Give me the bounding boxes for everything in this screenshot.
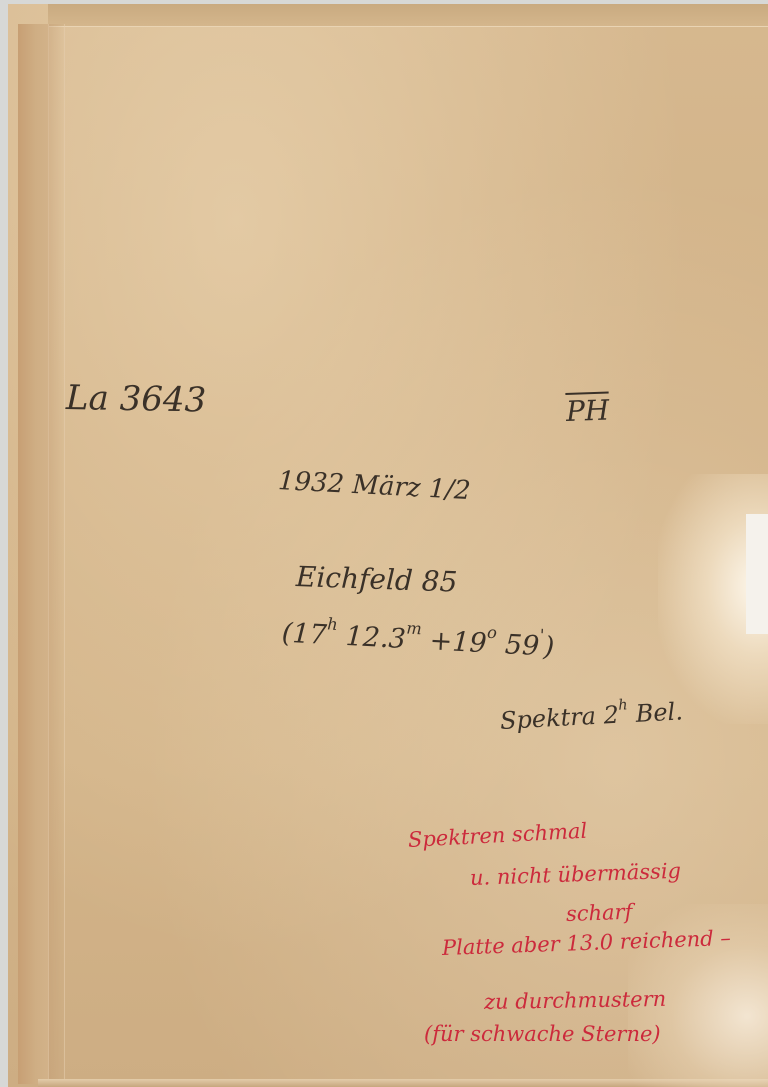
field-name: Eichfeld 85 bbox=[295, 560, 458, 599]
coord-close-paren: ) bbox=[543, 631, 555, 663]
ra-hours: 17 bbox=[292, 618, 328, 651]
ra-hours-unit: h bbox=[327, 614, 338, 634]
dec-degrees: +19 bbox=[429, 625, 488, 659]
red-note-line-3: scharf bbox=[566, 900, 633, 926]
envelope bbox=[8, 4, 768, 1087]
ra-minutes-unit: m bbox=[406, 619, 422, 639]
ra-minutes: 12.3 bbox=[345, 621, 407, 655]
catalog-id: La 3643 bbox=[66, 378, 207, 420]
dec-degrees-unit: o bbox=[487, 623, 498, 642]
exposure-unit: h bbox=[618, 697, 628, 713]
red-note-line-6: (für schwache Sterne) bbox=[424, 1022, 661, 1046]
torn-edge-highlight bbox=[746, 514, 768, 634]
exposure-value: 2 bbox=[603, 701, 620, 730]
exposure-label: Spektra bbox=[499, 702, 596, 735]
dec-minutes: 59 bbox=[504, 629, 540, 662]
envelope-left-fold bbox=[18, 24, 49, 1084]
envelope-left-fold-inner bbox=[48, 24, 65, 1084]
initials: PH bbox=[565, 394, 609, 428]
exposure-suffix: Bel. bbox=[635, 697, 684, 727]
red-note-line-5: zu durchmustern bbox=[484, 987, 667, 1014]
envelope-top-flap bbox=[48, 4, 768, 27]
